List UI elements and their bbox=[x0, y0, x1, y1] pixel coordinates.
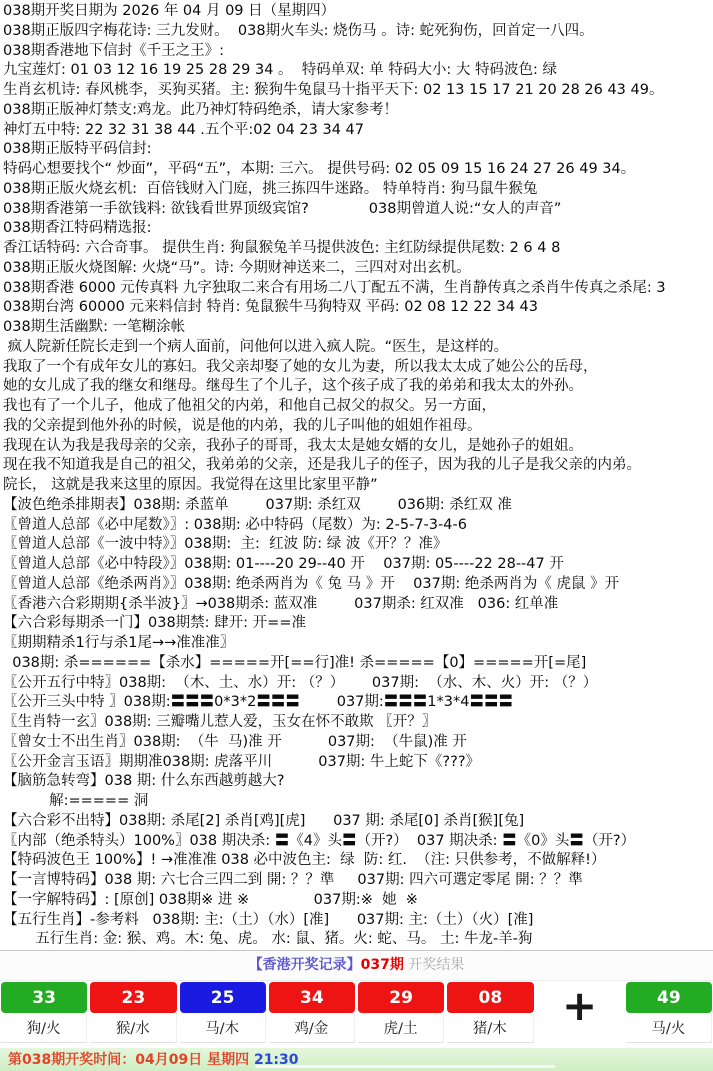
info-line: 【一字解特码】: [原创] 038期※ 进 ※ 037期:※ 她 ※ bbox=[3, 891, 713, 911]
info-line: 〖曾道人总部《绝杀两肖》〗038期: 绝杀两肖为《 兔 马 》开 037期: 绝… bbox=[3, 575, 713, 595]
number-ball: 29 bbox=[358, 982, 444, 1013]
info-line: 我也有了一个儿子，他成了他祖父的内弟，和他自己叔父的叔父。另一方面， bbox=[3, 397, 713, 417]
info-line: 院长， 这就是我来这里的原因。我觉得在这里比家里平静” bbox=[3, 476, 713, 496]
info-line: 〖生肖特一玄〗038期: 三瓣嘴儿惹人爱，玉女在怀不敢欺 〖开？〗 bbox=[3, 713, 713, 733]
info-line: 我的父亲提到他外孙的时候，说是他的内弟，我的儿子叫他的姐姐作祖母。 bbox=[3, 417, 713, 437]
info-line: 038期香江特码精选报: bbox=[3, 219, 713, 239]
info-line: 我现在认为我是我母亲的父亲，我孙子的哥哥，我太太是她女婿的女儿，是她孙子的姐姐。 bbox=[3, 437, 713, 457]
info-line: 038期正版四字梅花诗: 三九发财。 038期火车头: 烧伤马 。诗: 蛇死狗伤… bbox=[3, 22, 713, 42]
info-line: 038期香港第一手欲钱料: 欲钱看世界顶级宾馆? 038期曾道人说:“女人的声音… bbox=[3, 200, 713, 220]
info-line: 〖公开五行中特〗038期: （木、土、水）开: （？） 037期: （水、木、火… bbox=[3, 674, 713, 694]
number-ball: 25 bbox=[180, 982, 266, 1013]
info-line: 五行生肖: 金: 猴、鸡。木: 兔、虎。 水: 鼠、猪。火: 蛇、马。 土: 牛… bbox=[3, 930, 713, 950]
zodiac-element-label: 虎/土 bbox=[358, 1013, 444, 1043]
info-line: 【一言博特码】038 期: 六七合三四二到 開: ？？準 037期: 四六可選定… bbox=[3, 871, 713, 891]
result-section: 【香港开奖记录】037期 开奖结果 33狗/火23猴/水25马/木34鸡/金29… bbox=[0, 950, 713, 1071]
info-line: 现在我不知道我是自己的祖父，我弟弟的父亲，还是我儿子的侄子，因为我的儿子是我父亲… bbox=[3, 456, 713, 476]
result-header-suffix: 开奖结果 bbox=[404, 957, 464, 973]
info-line: 神灯五中特: 22 32 31 38 44 .五个平:02 04 23 34 4… bbox=[3, 121, 713, 141]
info-line: 【六合彩每期杀一门】038期禁: 肆开: 开==准 bbox=[3, 614, 713, 634]
info-line: 038期: 杀======【杀水】=====开[==行]准! 杀=====【0】… bbox=[3, 654, 713, 674]
info-line: 【特码波色王 100%】! →准准准 038 必中波色主: 绿 防: 红. （注… bbox=[3, 851, 713, 871]
draw-time-prefix: 第038期开奖时间： bbox=[8, 1052, 135, 1068]
info-line: 九宝莲灯: 01 03 12 16 19 25 28 29 34 。 特码单双:… bbox=[3, 61, 713, 81]
number-ball: 08 bbox=[447, 982, 533, 1013]
info-line: 〖曾女士不出生肖〗038期: （牛 马)准 开 037期: （牛鼠)准 开 bbox=[3, 733, 713, 753]
draw-time-bar: 第038期开奖时间：04月09日 星期四 21:30 bbox=[0, 1048, 713, 1071]
number-ball: 33 bbox=[1, 982, 87, 1013]
zodiac-element-label: 马/火 bbox=[626, 1013, 712, 1043]
info-line: 038期正版火烧玄机: 百倍钱财入门庭，挑三拣四牛迷路。 特单特肖: 狗马鼠牛猴… bbox=[3, 180, 713, 200]
zodiac-element-label: 马/木 bbox=[180, 1013, 266, 1043]
info-line: 香江话特码: 六合奇事。 提供生肖: 狗鼠猴兔羊马提供波色: 主红防绿提供尾数:… bbox=[3, 239, 713, 259]
info-line: 038期香港 6000 元传真料 九字独取二来合有用场二八丁配五不满，生肖静传真… bbox=[3, 279, 713, 299]
info-line: 疯人院新任院长走到一个病人面前，问他何以进入疯人院。“医生，是这样的。 bbox=[3, 338, 713, 358]
divider-line bbox=[255, 1065, 555, 1068]
info-line: 特码心想要找个“ 炒面”，平码“五”，本期: 三六。 提供号码: 02 05 0… bbox=[3, 160, 713, 180]
info-line: 038期正版神灯禁支:鸡龙。此乃神灯特码绝杀，请大家参考！ bbox=[3, 101, 713, 121]
info-line: 她的女儿成了我的继女和继母。继母生了个儿子，这个孩子成了我的弟弟和我太太的外孙。 bbox=[3, 377, 713, 397]
info-text-block: 038期开奖日期为 2026 年 04 月 09 日（星期四）038期正版四字梅… bbox=[0, 0, 713, 950]
result-header-title: 【香港开奖记录】 bbox=[249, 957, 361, 973]
info-line: 〖内部（绝杀特头）100%〗038 期决杀: 〓《4》头〓（开?） 037 期决… bbox=[3, 832, 713, 852]
info-line: 038期生活幽默: 一笔糊涂帐 bbox=[3, 318, 713, 338]
info-line: 038期正版火烧图解: 火烧“马”。诗: 今期财神送来二，三四对对出玄机。 bbox=[3, 259, 713, 279]
info-line: 〖曾道人总部《一波中特》〗038期: 主: 红波 防: 绿 波《开？？准》 bbox=[3, 535, 713, 555]
info-line: 【脑筋急转弯】038 期: 什么东西越剪越大? bbox=[3, 772, 713, 792]
number-ball: 34 bbox=[269, 982, 355, 1013]
lottery-info-page: 038期开奖日期为 2026 年 04 月 09 日（星期四）038期正版四字梅… bbox=[0, 0, 713, 1071]
info-line: 038期开奖日期为 2026 年 04 月 09 日（星期四） bbox=[3, 2, 713, 22]
zodiac-element-label: 鸡/金 bbox=[269, 1013, 355, 1043]
zodiac-element-label: 狗/火 bbox=[1, 1013, 87, 1043]
info-line: 〖期期精杀1行与杀1尾→→准准准〗 bbox=[3, 634, 713, 654]
result-header: 【香港开奖记录】037期 开奖结果 bbox=[0, 951, 713, 981]
info-line: 【六合彩不出特】038期: 杀尾[2] 杀肖[鸡][虎] 037 期: 杀尾[0… bbox=[3, 812, 713, 832]
number-ball: 49 bbox=[626, 982, 712, 1013]
info-line: 【五行生肖】-参考料 038期: 主:（土）（水）[准] 037期: 主:（土）… bbox=[3, 911, 713, 931]
info-line: 〖公开金言玉语〗期期准038期: 虎落平川 037期: 牛上蛇下《???》 bbox=[3, 753, 713, 773]
info-line: 我取了一个有成年女儿的寡妇。我父亲却娶了她的女儿为妻，所以我太太成了她公公的岳母… bbox=[3, 358, 713, 378]
zodiac-element-label: 猴/水 bbox=[90, 1013, 176, 1043]
info-line: 〖曾道人总部《必中尾数》〗: 038期: 必中特码（尾数）为: 2-5-7-3-… bbox=[3, 516, 713, 536]
info-line: 〖公开三头中特 〗038期:〓〓〓0*3*2〓〓〓 037期:〓〓〓1*3*4〓… bbox=[3, 693, 713, 713]
info-line: 038期正版特平码信封: bbox=[3, 140, 713, 160]
winning-numbers-grid: 33狗/火23猴/水25马/木34鸡/金29虎/土08猪/木+49马/火 bbox=[0, 981, 713, 1043]
info-line: 〖曾道人总部《必中特段》〗038期: 01----20 29--40 开 037… bbox=[3, 555, 713, 575]
info-line: 解:===== 洞 bbox=[3, 792, 713, 812]
info-line: 038期台湾 60000 元来料信封 特肖: 兔鼠猴牛马狗特双 平码: 02 0… bbox=[3, 298, 713, 318]
result-header-issue: 037期 bbox=[361, 957, 404, 973]
draw-time-date: 04月09日 星期四 bbox=[135, 1052, 254, 1068]
info-line: 〖香港六合彩期期{杀半波}〗→038期杀: 蓝双准 037期杀: 红双准 036… bbox=[3, 595, 713, 615]
zodiac-element-label: 猪/木 bbox=[447, 1013, 533, 1043]
info-line: 生肖玄机诗: 春风桃李，买狗买猪。主: 猴狗牛兔鼠马十指平天下: 02 13 1… bbox=[3, 81, 713, 101]
info-line: 038期香港地下信封《千王之王》: bbox=[3, 42, 713, 62]
plus-sign: + bbox=[537, 981, 623, 1043]
number-ball: 23 bbox=[90, 982, 176, 1013]
info-line: 【波色绝杀排期表】038期: 杀蓝单 037期: 杀红双 036期: 杀红双 准 bbox=[3, 496, 713, 516]
